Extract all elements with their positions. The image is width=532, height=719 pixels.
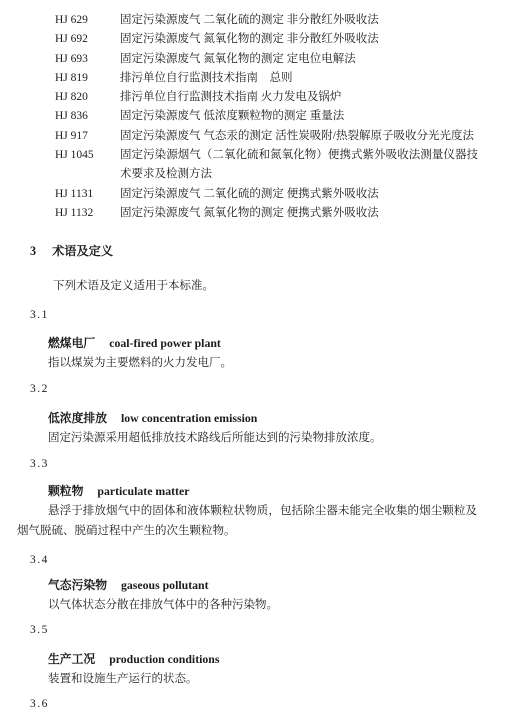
term-zh: 颗粒物 [48, 484, 83, 498]
reference-code: HJ 917 [55, 127, 120, 146]
term-zh: 气态污染物 [48, 578, 107, 592]
section-heading: 3术语及定义 [30, 241, 532, 261]
term-line: 燃煤电厂coal-fired power plant [48, 333, 532, 353]
clause-number: 3.1 [30, 305, 532, 325]
clause-number: 3.5 [30, 620, 532, 640]
reference-code: HJ 692 [55, 30, 120, 49]
clause-number: 3.4 [30, 550, 532, 570]
reference-title: 固定污染源废气 氮氧化物的测定 定电位电解法 [120, 50, 478, 69]
reference-item: HJ 819 排污单位自行监测技术指南 总则 [55, 69, 532, 88]
term-line: 颗粒物particulate matter [48, 481, 532, 501]
term-definition: 悬浮于排放烟气中的固体和液体颗粒状物质，包括除尘器未能完全收集的烟尘颗粒及烟气脱… [17, 501, 477, 541]
reference-code: HJ 836 [55, 107, 120, 126]
clause-number: 3.3 [30, 454, 532, 474]
term-en: gaseous pollutant [121, 578, 209, 592]
reference-title: 固定污染源废气 氮氧化物的测定 便携式紫外吸收法 [120, 204, 478, 223]
term-zh: 燃煤电厂 [48, 336, 95, 350]
reference-code: HJ 693 [55, 50, 120, 69]
term-line: 低浓度排放low concentration emission [48, 408, 532, 428]
term-definition: 固定污染源采用超低排放技术路线后所能达到的污染物排放浓度。 [17, 428, 477, 448]
term-definition: 装置和设施生产运行的状态。 [17, 669, 477, 689]
reference-item: HJ 1045 固定污染源烟气（二氧化硫和氮氧化物）便携式紫外吸收法测量仪器技术… [55, 146, 532, 185]
reference-title: 排污单位自行监测技术指南 总则 [120, 69, 478, 88]
term-line: 生产工况production conditions [48, 649, 532, 669]
reference-item: HJ 692 固定污染源废气 氮氧化物的测定 非分散红外吸收法 [55, 30, 532, 49]
reference-title: 固定污染源废气 低浓度颗粒物的测定 重量法 [120, 107, 478, 126]
reference-item: HJ 820 排污单位自行监测技术指南 火力发电及锅炉 [55, 88, 532, 107]
reference-item: HJ 1132 固定污染源废气 氮氧化物的测定 便携式紫外吸收法 [55, 204, 532, 223]
document-page: HJ 629 固定污染源废气 二氧化硫的测定 非分散红外吸收法 HJ 692 固… [0, 0, 532, 719]
reference-list: HJ 629 固定污染源废气 二氧化硫的测定 非分散红外吸收法 HJ 692 固… [0, 0, 532, 223]
reference-title: 固定污染源废气 氮氧化物的测定 非分散红外吸收法 [120, 30, 478, 49]
reference-title: 固定污染源废气 二氧化硫的测定 便携式紫外吸收法 [120, 185, 478, 204]
reference-item: HJ 1131 固定污染源废气 二氧化硫的测定 便携式紫外吸收法 [55, 185, 532, 204]
reference-item: HJ 836 固定污染源废气 低浓度颗粒物的测定 重量法 [55, 107, 532, 126]
reference-item: HJ 693 固定污染源废气 氮氧化物的测定 定电位电解法 [55, 50, 532, 69]
reference-code: HJ 629 [55, 11, 120, 30]
clause-number: 3.6 [30, 694, 532, 714]
reference-code: HJ 1045 [55, 146, 120, 185]
clause-number: 3.2 [30, 379, 532, 399]
term-zh: 生产工况 [48, 652, 95, 666]
term-zh: 低浓度排放 [48, 411, 107, 425]
term-line: 气态污染物gaseous pollutant [48, 575, 532, 595]
term-en: low concentration emission [121, 411, 257, 425]
reference-item: HJ 629 固定污染源废气 二氧化硫的测定 非分散红外吸收法 [55, 11, 532, 30]
reference-title: 固定污染源废气 二氧化硫的测定 非分散红外吸收法 [120, 11, 478, 30]
section-title: 术语及定义 [52, 244, 113, 258]
section-number: 3 [30, 244, 36, 258]
term-definition: 指以煤炭为主要燃料的火力发电厂。 [17, 353, 477, 373]
reference-title: 固定污染源烟气（二氧化硫和氮氧化物）便携式紫外吸收法测量仪器技术要求及检测方法 [120, 146, 478, 185]
term-definition: 以气体状态分散在排放气体中的各种污染物。 [17, 595, 477, 615]
section-intro: 下列术语及定义适用于本标准。 [53, 276, 532, 296]
term-en: production conditions [109, 652, 219, 666]
reference-title: 排污单位自行监测技术指南 火力发电及锅炉 [120, 88, 478, 107]
reference-code: HJ 819 [55, 69, 120, 88]
reference-code: HJ 1132 [55, 204, 120, 223]
reference-code: HJ 820 [55, 88, 120, 107]
reference-title: 固定污染源废气 气态汞的测定 活性炭吸附/热裂解原子吸收分光光度法 [120, 127, 478, 146]
reference-code: HJ 1131 [55, 185, 120, 204]
term-en: particulate matter [97, 484, 189, 498]
term-en: coal-fired power plant [109, 336, 221, 350]
reference-item: HJ 917 固定污染源废气 气态汞的测定 活性炭吸附/热裂解原子吸收分光光度法 [55, 127, 532, 146]
